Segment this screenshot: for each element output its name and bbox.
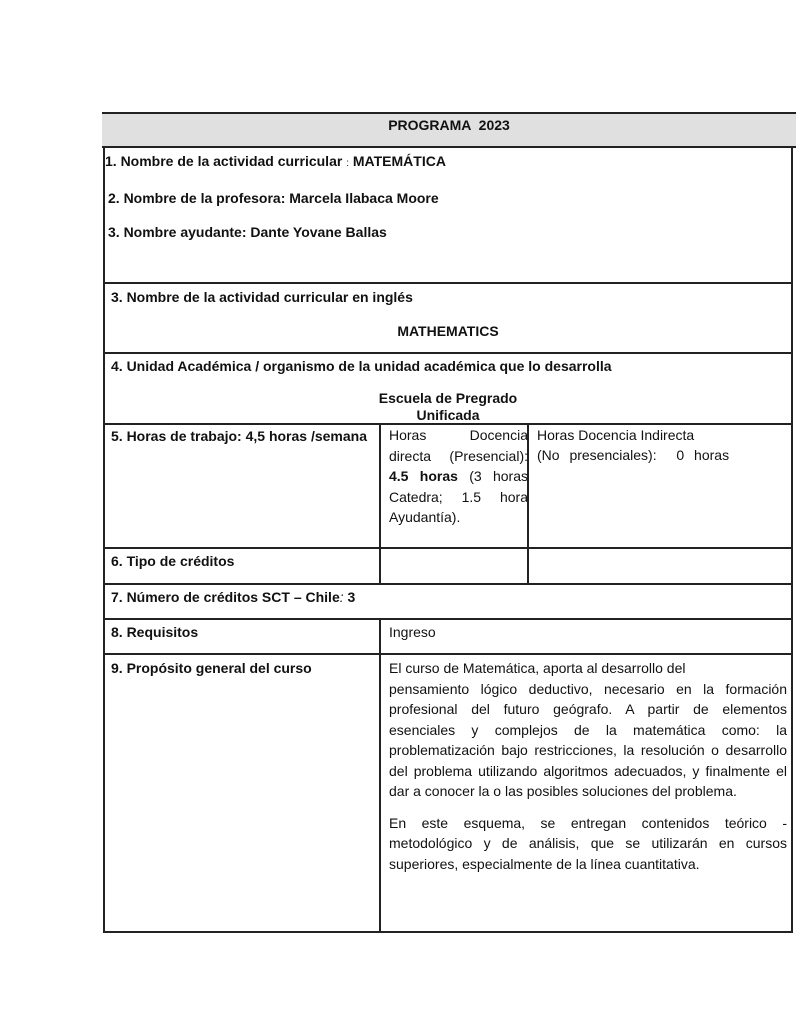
cell-direct-hours: Horas Docencia directa (Presencial): 4.5… bbox=[381, 425, 531, 547]
cell-requirements-label: 8. Requisitos bbox=[105, 620, 381, 653]
row-sct-credits: 7. Número de créditos SCT – Chile: 3 bbox=[105, 585, 791, 620]
cell-credit-type-label: 6. Tipo de créditos bbox=[105, 549, 381, 583]
academic-unit-value-2: Unificada bbox=[111, 407, 785, 424]
english-name-label: 3. Nombre de la actividad curricular en … bbox=[111, 287, 785, 307]
assistant-line: 3. Nombre ayudante: Dante Yovane Ballas bbox=[105, 222, 785, 242]
program-header: PROGRAMA 2023 bbox=[102, 112, 796, 148]
row-course-purpose: 9. Propósito general del curso El curso … bbox=[105, 655, 791, 931]
cell-course-purpose-text: El curso de Matemática, aporta al desarr… bbox=[381, 655, 791, 931]
row-credit-type: 6. Tipo de créditos bbox=[105, 549, 791, 585]
cell-indirect-hours: Horas Docencia Indirecta (No presenciale… bbox=[529, 425, 791, 547]
cell-credit-type-a bbox=[381, 549, 529, 583]
cell-course-purpose-label: 9. Propósito general del curso bbox=[105, 655, 381, 931]
indirect-hours-label: Horas Docencia Indirecta bbox=[537, 425, 783, 445]
cell-requirements-value: Ingreso bbox=[381, 620, 791, 653]
direct-hours-value: 4.5 horas bbox=[389, 468, 458, 484]
program-title: PROGRAMA 2023 bbox=[388, 117, 510, 133]
cell-work-hours-label: 5. Horas de trabajo: 4,5 horas /semana bbox=[105, 425, 381, 547]
academic-unit-label: 4. Unidad Académica / organismo de la un… bbox=[111, 358, 785, 375]
cell-academic-unit: 4. Unidad Académica / organismo de la un… bbox=[105, 354, 791, 423]
program-table: 1. Nombre de la actividad curricular : M… bbox=[103, 148, 793, 933]
cell-course-info: 1. Nombre de la actividad curricular : M… bbox=[105, 148, 791, 282]
indirect-hours-value: (No presenciales): 0 horas bbox=[537, 445, 783, 465]
purpose-paragraph-1-first-line: El curso de Matemática, aporta al desarr… bbox=[389, 658, 787, 679]
cell-sct-credits: 7. Número de créditos SCT – Chile: 3 bbox=[105, 585, 791, 618]
professor-line: 2. Nombre de la profesora: Marcela Ilaba… bbox=[105, 188, 785, 208]
course-name-line: 1. Nombre de la actividad curricular : M… bbox=[105, 151, 785, 174]
academic-unit-value-1: Escuela de Pregrado bbox=[111, 390, 785, 407]
purpose-paragraph-2: En este esquema, se entregan contenidos … bbox=[389, 813, 787, 875]
cell-credit-type-b bbox=[529, 549, 791, 583]
sct-credits-value: 3 bbox=[344, 589, 356, 605]
cell-english-name: 3. Nombre de la actividad curricular en … bbox=[105, 284, 791, 352]
purpose-paragraph-1: pensamiento lógico deductivo, necesario … bbox=[389, 679, 787, 802]
english-name-value: MATHEMATICS bbox=[111, 321, 785, 341]
row-course-info: 1. Nombre de la actividad curricular : M… bbox=[105, 148, 791, 284]
document-page: PROGRAMA 2023 1. Nombre de la actividad … bbox=[0, 0, 800, 1035]
row-english-name: 3. Nombre de la actividad curricular en … bbox=[105, 284, 791, 354]
row-work-hours: 5. Horas de trabajo: 4,5 horas /semana H… bbox=[105, 425, 791, 549]
row-requirements: 8. Requisitos Ingreso bbox=[105, 620, 791, 655]
course-name-value: MATEMÁTICA bbox=[349, 153, 446, 169]
row-academic-unit: 4. Unidad Académica / organismo de la un… bbox=[105, 354, 791, 425]
